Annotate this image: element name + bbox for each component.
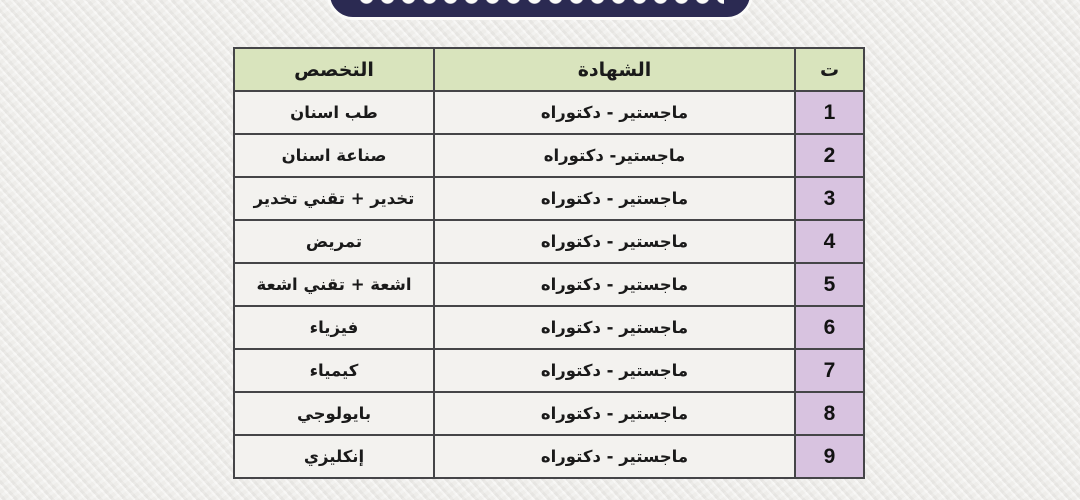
specialty-cell: فيزياء <box>234 306 434 349</box>
header-row: ت الشهادة التخصص <box>234 48 864 91</box>
degree-cell: ماجستير - دكتوراه <box>434 91 795 134</box>
degree-cell: ماجستير - دكتوراه <box>434 306 795 349</box>
degree-cell: ماجستير- دكتوراه <box>434 134 795 177</box>
row-index-cell: 8 <box>795 392 864 435</box>
header-index: ت <box>795 48 864 91</box>
specialty-cell: بايولوجي <box>234 392 434 435</box>
degree-cell: ماجستير - دكتوراه <box>434 392 795 435</box>
degree-cell: ماجستير - دكتوراه <box>434 220 795 263</box>
specialty-cell: اشعة + تقني اشعة <box>234 263 434 306</box>
table-row: 1ماجستير - دكتوراهطب اسنان <box>234 91 864 134</box>
table-row: 9ماجستير - دكتوراهإنكليزي <box>234 435 864 478</box>
row-index-cell: 6 <box>795 306 864 349</box>
cutoff-title-text <box>356 0 724 6</box>
degree-cell: ماجستير - دكتوراه <box>434 349 795 392</box>
row-index-cell: 2 <box>795 134 864 177</box>
table-row: 4ماجستير - دكتوراهتمريض <box>234 220 864 263</box>
degree-cell: ماجستير - دكتوراه <box>434 435 795 478</box>
specialty-cell: تمريض <box>234 220 434 263</box>
table-row: 7ماجستير - دكتوراهكيمياء <box>234 349 864 392</box>
title-banner <box>327 0 753 20</box>
degree-cell: ماجستير - دكتوراه <box>434 177 795 220</box>
table-row: 5ماجستير - دكتوراهاشعة + تقني اشعة <box>234 263 864 306</box>
specialty-cell: طب اسنان <box>234 91 434 134</box>
table-row: 2ماجستير- دكتوراهصناعة اسنان <box>234 134 864 177</box>
degree-cell: ماجستير - دكتوراه <box>434 263 795 306</box>
specialty-cell: كيمياء <box>234 349 434 392</box>
specialties-table: ت الشهادة التخصص 1ماجستير - دكتوراهطب اس… <box>233 47 865 479</box>
row-index-cell: 5 <box>795 263 864 306</box>
row-index-cell: 3 <box>795 177 864 220</box>
row-index-cell: 4 <box>795 220 864 263</box>
table-row: 6ماجستير - دكتوراهفيزياء <box>234 306 864 349</box>
row-index-cell: 9 <box>795 435 864 478</box>
specialty-cell: تخدير + تقني تخدير <box>234 177 434 220</box>
header-specialty: التخصص <box>234 48 434 91</box>
page-background: ت الشهادة التخصص 1ماجستير - دكتوراهطب اس… <box>0 0 1080 500</box>
table-row: 3ماجستير - دكتوراهتخدير + تقني تخدير <box>234 177 864 220</box>
specialty-cell: صناعة اسنان <box>234 134 434 177</box>
table-row: 8ماجستير - دكتوراهبايولوجي <box>234 392 864 435</box>
specialty-cell: إنكليزي <box>234 435 434 478</box>
row-index-cell: 1 <box>795 91 864 134</box>
row-index-cell: 7 <box>795 349 864 392</box>
header-degree: الشهادة <box>434 48 795 91</box>
